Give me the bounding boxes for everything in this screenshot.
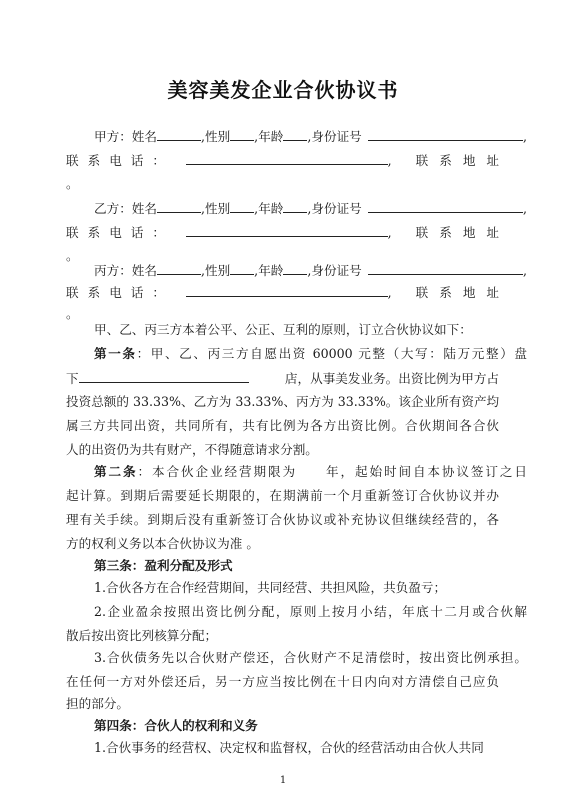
gender-label: 性别 bbox=[205, 129, 230, 145]
name-label: 姓名 bbox=[132, 129, 157, 145]
name-label: 姓名 bbox=[132, 263, 157, 279]
party-a-info-line: 甲方：姓名,性别,年龄,身份证号, bbox=[66, 128, 527, 145]
party-b-id-field[interactable] bbox=[368, 200, 523, 213]
article-3-item-2-line-1: 2.企业盈余按照出资比例分配，原则上按月小结，年底十二月或合伙解 bbox=[66, 604, 527, 620]
party-c-info-line: 丙方：姓名,性别,年龄,身份证号, bbox=[66, 262, 527, 279]
party-c-id-field[interactable] bbox=[368, 262, 523, 275]
article-4-heading: 第四条：合伙人的权利和义务 bbox=[66, 718, 527, 734]
article-3-item-3-line-2: 在任何一方对外偿还后，另一方应当按比例在十日内向对方清偿自己应负 bbox=[66, 674, 499, 690]
article-3-item-3-line-1: 3.合伙债务先以合伙财产偿还，合伙财产不足清偿时，按出资比例承担。 bbox=[66, 650, 527, 666]
preamble: 甲、乙、丙三方本着公平、公正、互利的原则，订立合伙协议如下： bbox=[66, 322, 527, 338]
article-3-heading: 第三条：盈利分配及形式 bbox=[66, 558, 527, 574]
shop-name-field[interactable] bbox=[79, 370, 249, 383]
party-b-gender-field[interactable] bbox=[230, 200, 254, 213]
address-label: 联系地址 bbox=[416, 153, 510, 169]
phone-label: 联系电话： bbox=[66, 285, 174, 301]
party-b-age-field[interactable] bbox=[283, 200, 307, 213]
party-c-name-field[interactable] bbox=[157, 262, 201, 275]
article-1-line-4: 属三方共同出资，共同所有，共有比例为各方出资比例。合伙期间各合伙 bbox=[66, 418, 499, 434]
age-label: 年龄 bbox=[258, 263, 283, 279]
party-c-phone-field[interactable] bbox=[186, 284, 388, 297]
party-c-end-mark: 。 bbox=[66, 306, 499, 322]
party-c-age-field[interactable] bbox=[283, 262, 307, 275]
phone-label: 联系电话： bbox=[66, 153, 174, 169]
gender-label: 性别 bbox=[205, 201, 230, 217]
article-3-item-2-line-2: 散后按出资比列核算分配； bbox=[66, 628, 499, 644]
party-a-contact-line: 联系电话：,联系地址 bbox=[66, 152, 499, 169]
age-label: 年龄 bbox=[258, 201, 283, 217]
article-4-item-1: 1.合伙事务的经营权、决定权和监督权，合伙的经营活动由合伙人共同 bbox=[66, 740, 527, 756]
article-2-line-1: 第二条：本合伙企业经营期限为 年，起始时间自本协议签订之日 bbox=[66, 464, 527, 480]
article-1-line-2: 下店，从事美发业务。出资比例为甲方占 bbox=[66, 370, 499, 387]
article-2-heading: 第二条 bbox=[94, 464, 138, 479]
party-b-label: 乙方 bbox=[94, 201, 119, 217]
party-a-id-field[interactable] bbox=[368, 128, 523, 141]
party-b-name-field[interactable] bbox=[157, 200, 201, 213]
party-b-info-line: 乙方：姓名,性别,年龄,身份证号, bbox=[66, 200, 527, 217]
article-2-line-3: 理有关手续。到期后没有重新签订合伙协议或补充协议但继续经营的，各 bbox=[66, 512, 499, 528]
gender-label: 性别 bbox=[205, 263, 230, 279]
document-title: 美容美发企业合伙协议书 bbox=[0, 74, 566, 103]
age-label: 年龄 bbox=[258, 129, 283, 145]
party-c-label: 丙方 bbox=[94, 263, 119, 279]
article-2-line-2: 起计算。到期后需要延长期限的，在期满前一个月重新签订合伙协议并办 bbox=[66, 488, 499, 504]
page-number: 1 bbox=[0, 775, 566, 786]
article-3-item-3-line-3: 担的部分。 bbox=[66, 696, 499, 712]
article-1-line-5: 人的出资仍为共有财产，不得随意请求分割。 bbox=[66, 442, 499, 458]
party-c-contact-line: 联系电话：,联系地址 bbox=[66, 284, 499, 301]
party-a-age-field[interactable] bbox=[283, 128, 307, 141]
article-1-line-3: 投资总额的 33.33%、乙方为 33.33%、丙方为 33.33%。该企业所有… bbox=[66, 394, 499, 410]
article-1-heading: 第一条 bbox=[94, 346, 137, 361]
address-label: 联系地址 bbox=[416, 225, 510, 241]
id-label: 身份证号 bbox=[311, 201, 361, 217]
party-a-name-field[interactable] bbox=[157, 128, 201, 141]
article-3-item-1: 1.合伙各方在合作经营期间，共同经营、共担风险，共负盈亏； bbox=[66, 580, 527, 596]
party-a-gender-field[interactable] bbox=[230, 128, 254, 141]
address-label: 联系地址 bbox=[416, 285, 510, 301]
name-label: 姓名 bbox=[132, 201, 157, 217]
id-label: 身份证号 bbox=[311, 129, 361, 145]
party-b-phone-field[interactable] bbox=[186, 224, 388, 237]
party-c-gender-field[interactable] bbox=[230, 262, 254, 275]
article-1-line-1: 第一条：甲、乙、丙三方自愿出资 60000 元整（大写：陆万元整）盘 bbox=[66, 346, 527, 362]
phone-label: 联系电话： bbox=[66, 225, 174, 241]
party-a-phone-field[interactable] bbox=[186, 152, 388, 165]
party-a-label: 甲方 bbox=[94, 129, 119, 145]
article-2-line-4: 方的权利义务以本合伙协议为准 。 bbox=[66, 536, 499, 552]
id-label: 身份证号 bbox=[311, 263, 361, 279]
party-b-contact-line: 联系电话：,联系地址 bbox=[66, 224, 499, 241]
party-a-end-mark: 。 bbox=[66, 176, 499, 192]
document-page: 美容美发企业合伙协议书 甲方：姓名,性别,年龄,身份证号, 联系电话：,联系地址… bbox=[0, 0, 566, 800]
